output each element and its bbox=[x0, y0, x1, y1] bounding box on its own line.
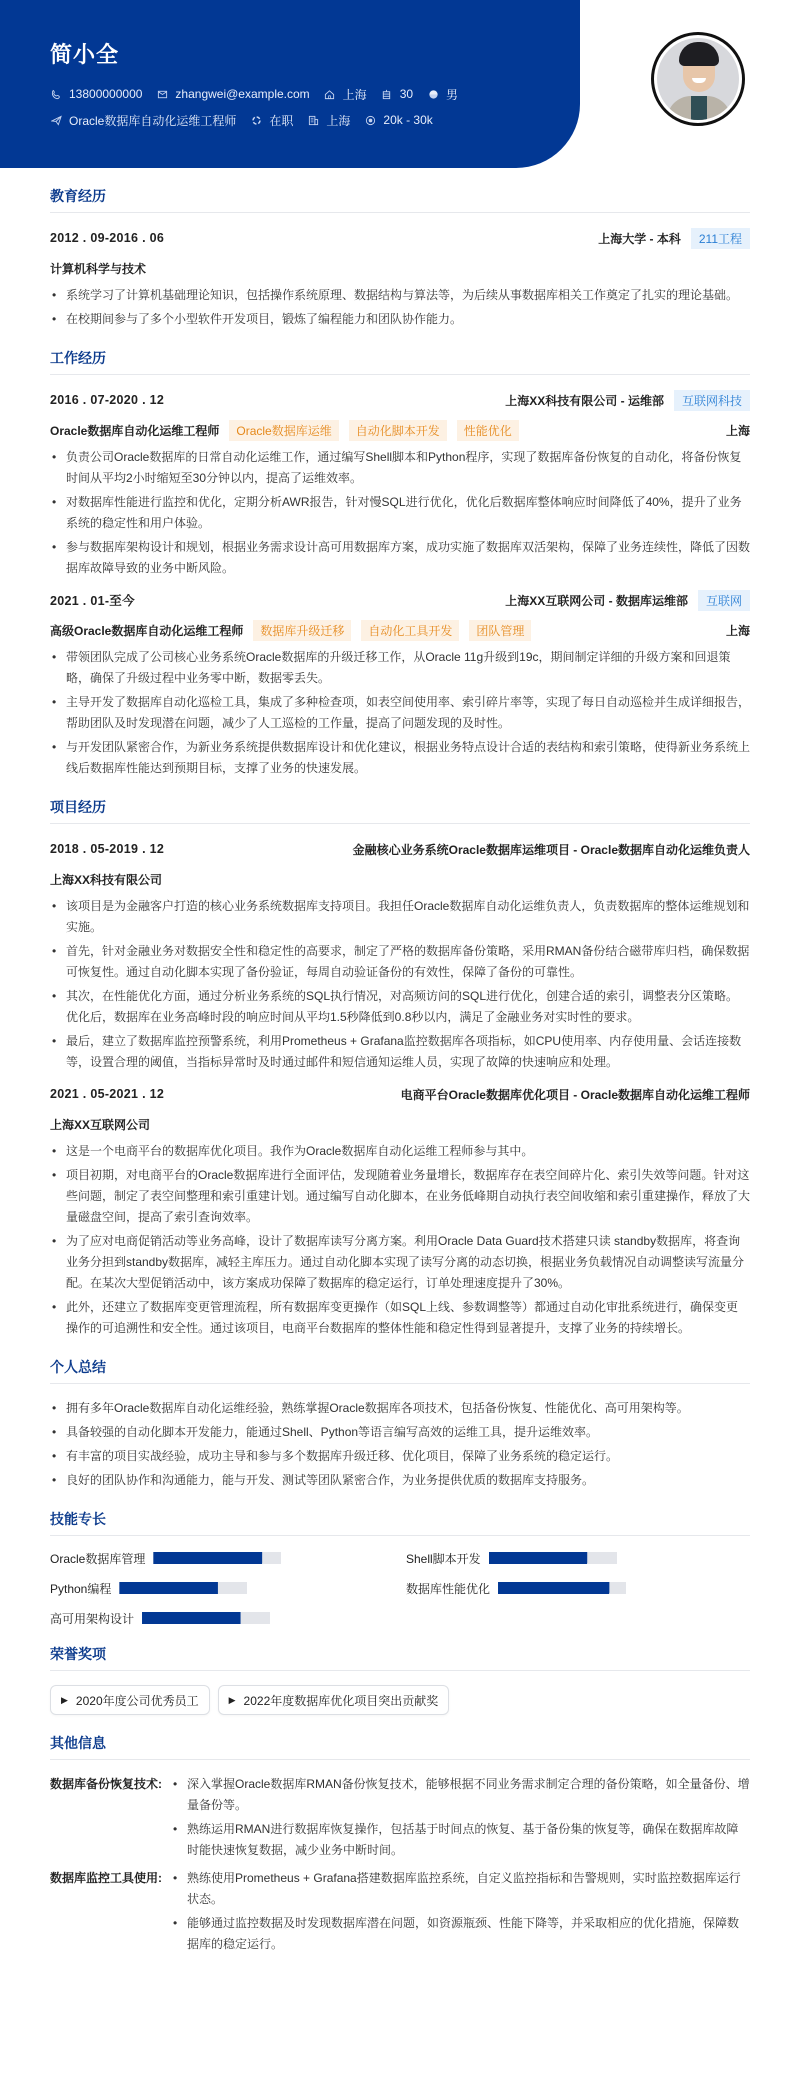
list-item: 系统学习了计算机基础理论知识，包括操作系统原理、数据结构与算法等，为后续从事数据… bbox=[50, 285, 750, 306]
avatar-photo bbox=[657, 38, 739, 120]
list-item: 其次，在性能优化方面，通过分析业务系统的SQL执行情况，对高频访问的SQL进行优… bbox=[50, 986, 750, 1028]
skill-tag: 数据库升级迁移 bbox=[253, 620, 351, 641]
list-item: 此外，还建立了数据库变更管理流程，所有数据库变更操作（如SQL上线、参数调整等）… bbox=[50, 1297, 750, 1339]
work-bullets: 带领团队完成了公司核心业务系统Oracle数据库的升级迁移工作，从Oracle … bbox=[50, 647, 750, 779]
work-date: 2021 . 01-至今 bbox=[50, 591, 135, 609]
gender: 男 bbox=[446, 86, 458, 103]
other-info-row: 数据库备份恢复技术: 深入掌握Oracle数据库RMAN备份恢复技术，能够根据不… bbox=[50, 1774, 750, 1864]
skill-bar-fill bbox=[498, 1582, 609, 1594]
other-info-list: 熟练使用Prometheus + Grafana搭建数据库监控系统，自定义监控指… bbox=[171, 1868, 750, 1958]
skill-item: 数据库性能优化 bbox=[406, 1580, 750, 1596]
work-date: 2016 . 07-2020 . 12 bbox=[50, 393, 164, 407]
list-item: 有丰富的项目实战经验，成功主导和参与多个数据库升级迁移、优化项目，保障了业务系统… bbox=[50, 1446, 750, 1467]
mail-icon bbox=[156, 88, 168, 100]
building-icon bbox=[307, 114, 319, 126]
project-bullets: 该项目是为金融客户打造的核心业务系统数据库支持项目。我担任Oracle数据库自动… bbox=[50, 896, 750, 1073]
skill-name: 高可用架构设计 bbox=[50, 1610, 134, 1627]
city: 上海 bbox=[343, 86, 367, 103]
list-item: 与开发团队紧密合作，为新业务系统提供数据库设计和优化建议，根据业务特点设计合适的… bbox=[50, 737, 750, 779]
contact-row: 13800000000 zhangwei@example.com 上海 30 男 bbox=[50, 87, 472, 101]
phone-number: 13800000000 bbox=[69, 87, 142, 101]
list-item: 在校期间参与了多个小型软件开发项目，锻炼了编程能力和团队协作能力。 bbox=[50, 309, 750, 330]
skill-name: Oracle数据库管理 bbox=[50, 1550, 145, 1567]
skill-bar bbox=[119, 1582, 247, 1594]
skill-bar-fill bbox=[489, 1552, 588, 1564]
work-location: 上海 bbox=[726, 622, 750, 639]
list-item: 拥有多年Oracle数据库自动化运维经验，熟练掌握Oracle数据库各项技术，包… bbox=[50, 1398, 750, 1419]
list-item: 能够通过监控数据及时发现数据库潜在问题，如资源瓶颈、性能下降等，并采取相应的优化… bbox=[171, 1913, 750, 1955]
salary-item: 20k - 30k bbox=[364, 113, 432, 127]
skill-tag: Oracle数据库运维 bbox=[229, 420, 338, 441]
skill-name: Python编程 bbox=[50, 1580, 111, 1597]
other-info-label: 数据库监控工具使用: bbox=[50, 1868, 171, 1958]
education-section: 教育经历 2012 . 09-2016 . 06 上海大学 - 本科 211工程… bbox=[50, 186, 750, 330]
industry-badge: 互联网 bbox=[698, 590, 750, 611]
paper-plane-icon bbox=[50, 114, 62, 126]
resume-header: 简小全 13800000000 zhangwei@example.com 上海 … bbox=[0, 0, 794, 168]
list-item: 良好的团队协作和沟通能力，能与开发、测试等团队紧密合作，为业务提供优质的数据库支… bbox=[50, 1470, 750, 1491]
project-entry: 2018 . 05-2019 . 12 金融核心业务系统Oracle数据库运维项… bbox=[50, 838, 750, 1073]
list-item: 最后，建立了数据库监控预警系统，利用Prometheus + Grafana监控… bbox=[50, 1031, 750, 1073]
honors-list: ▶ 2020年度公司优秀员工 ▶ 2022年度数据库优化项目突出贡献奖 bbox=[50, 1685, 750, 1715]
list-item: 参与数据库架构设计和规划，根据业务需求设计高可用数据库方案，成功实施了数据库双活… bbox=[50, 537, 750, 579]
status-item: 在职 bbox=[250, 112, 293, 129]
skill-item: Oracle数据库管理 bbox=[50, 1550, 406, 1566]
triangle-right-icon: ▶ bbox=[61, 1695, 68, 1706]
list-item: 深入掌握Oracle数据库RMAN备份恢复技术，能够根据不同业务需求制定合理的备… bbox=[171, 1774, 750, 1816]
honor-label: 2022年度数据库优化项目突出贡献奖 bbox=[244, 1692, 439, 1709]
list-item: 熟练运用RMAN进行数据库恢复操作，包括基于时间点的恢复、基于备份集的恢复等，确… bbox=[171, 1819, 750, 1861]
work-location: 上海 bbox=[726, 422, 750, 439]
gender-item: 男 bbox=[427, 86, 458, 103]
job-title: Oracle数据库自动化运维工程师 bbox=[50, 422, 219, 439]
status-icon bbox=[250, 114, 262, 126]
employment-status: 在职 bbox=[269, 112, 293, 129]
job-intent-row: Oracle数据库自动化运维工程师 在职 上海 20k - 30k bbox=[50, 113, 472, 127]
age-item: 30 bbox=[381, 87, 413, 101]
project-company: 上海XX科技有限公司 bbox=[50, 871, 162, 888]
home-icon bbox=[324, 88, 336, 100]
skill-bar-fill bbox=[119, 1582, 218, 1594]
honor-item: ▶ 2022年度数据库优化项目突出贡献奖 bbox=[218, 1685, 450, 1715]
section-title-work: 工作经历 bbox=[50, 348, 750, 375]
calendar-icon bbox=[381, 88, 393, 100]
section-title-summary: 个人总结 bbox=[50, 1357, 750, 1384]
other-section: 其他信息 数据库备份恢复技术: 深入掌握Oracle数据库RMAN备份恢复技术，… bbox=[50, 1733, 750, 1958]
list-item: 主导开发了数据库自动化巡检工具，集成了多种检查项，如表空间使用率、索引碎片率等，… bbox=[50, 692, 750, 734]
skill-name: 数据库性能优化 bbox=[406, 1580, 490, 1597]
city-item: 上海 bbox=[324, 86, 367, 103]
skills-section: 技能专长 Oracle数据库管理 Shell脚本开发 Python编程 数据库性… bbox=[50, 1509, 750, 1626]
email-address: zhangwei@example.com bbox=[175, 87, 309, 101]
section-title-honors: 荣誉奖项 bbox=[50, 1644, 750, 1671]
gender-icon bbox=[427, 88, 439, 100]
other-info-row: 数据库监控工具使用: 熟练使用Prometheus + Grafana搭建数据库… bbox=[50, 1868, 750, 1958]
project-company: 上海XX互联网公司 bbox=[50, 1116, 150, 1133]
list-item: 具备较强的自动化脚本开发能力，能通过Shell、Python等语言编写高效的运维… bbox=[50, 1422, 750, 1443]
school-badge: 211工程 bbox=[691, 228, 750, 249]
list-item: 负责公司Oracle数据库的日常自动化运维工作，通过编写Shell脚本和Pyth… bbox=[50, 447, 750, 489]
education-bullets: 系统学习了计算机基础理论知识，包括操作系统原理、数据结构与算法等，为后续从事数据… bbox=[50, 285, 750, 330]
skill-bar bbox=[498, 1582, 626, 1594]
skill-tag: 自动化脚本开发 bbox=[349, 420, 447, 441]
skill-tag: 自动化工具开发 bbox=[361, 620, 459, 641]
candidate-name: 简小全 bbox=[50, 38, 472, 69]
project-date: 2018 . 05-2019 . 12 bbox=[50, 842, 164, 856]
skill-bar bbox=[489, 1552, 617, 1564]
company-name: 上海XX科技有限公司 - 运维部 bbox=[505, 392, 664, 409]
target-position-item: Oracle数据库自动化运维工程师 bbox=[50, 112, 236, 129]
honors-section: 荣誉奖项 ▶ 2020年度公司优秀员工 ▶ 2022年度数据库优化项目突出贡献奖 bbox=[50, 1644, 750, 1715]
section-title-skills: 技能专长 bbox=[50, 1509, 750, 1536]
age: 30 bbox=[400, 87, 413, 101]
triangle-right-icon: ▶ bbox=[229, 1695, 236, 1706]
work-bullets: 负责公司Oracle数据库的日常自动化运维工作，通过编写Shell脚本和Pyth… bbox=[50, 447, 750, 579]
salary-icon bbox=[364, 114, 376, 126]
list-item: 熟练使用Prometheus + Grafana搭建数据库监控系统，自定义监控指… bbox=[171, 1868, 750, 1910]
company-name: 上海XX互联网公司 - 数据库运维部 bbox=[505, 592, 688, 609]
project-date: 2021 . 05-2021 . 12 bbox=[50, 1087, 164, 1101]
section-title-projects: 项目经历 bbox=[50, 797, 750, 824]
email-item: zhangwei@example.com bbox=[156, 87, 309, 101]
work-section: 工作经历 2016 . 07-2020 . 12 上海XX科技有限公司 - 运维… bbox=[50, 348, 750, 779]
section-title-education: 教育经历 bbox=[50, 186, 750, 213]
education-date: 2012 . 09-2016 . 06 bbox=[50, 231, 164, 245]
list-item: 对数据库性能进行监控和优化，定期分析AWR报告，针对慢SQL进行优化，优化后数据… bbox=[50, 492, 750, 534]
resume-content: 教育经历 2012 . 09-2016 . 06 上海大学 - 本科 211工程… bbox=[0, 186, 794, 1982]
target-city-item: 上海 bbox=[307, 112, 350, 129]
honor-item: ▶ 2020年度公司优秀员工 bbox=[50, 1685, 210, 1715]
list-item: 首先，针对金融业务对数据安全性和稳定性的高要求，制定了严格的数据库备份策略，采用… bbox=[50, 941, 750, 983]
school-name: 上海大学 - 本科 bbox=[598, 230, 681, 247]
work-entry: 2016 . 07-2020 . 12 上海XX科技有限公司 - 运维部 互联网… bbox=[50, 389, 750, 579]
skill-item: Python编程 bbox=[50, 1580, 406, 1596]
skill-bar bbox=[142, 1612, 270, 1624]
job-title: 高级Oracle数据库自动化运维工程师 bbox=[50, 622, 243, 639]
target-position: Oracle数据库自动化运维工程师 bbox=[69, 112, 236, 129]
skill-name: Shell脚本开发 bbox=[406, 1550, 481, 1567]
list-item: 为了应对电商促销活动等业务高峰，设计了数据库读写分离方案。利用Oracle Da… bbox=[50, 1231, 750, 1294]
education-entry: 2012 . 09-2016 . 06 上海大学 - 本科 211工程 计算机科… bbox=[50, 227, 750, 330]
project-name-role: 金融核心业务系统Oracle数据库运维项目 - Oracle数据库自动化运维负责… bbox=[353, 841, 750, 858]
projects-section: 项目经历 2018 . 05-2019 . 12 金融核心业务系统Oracle数… bbox=[50, 797, 750, 1339]
skill-item: 高可用架构设计 bbox=[50, 1610, 406, 1626]
list-item: 该项目是为金融客户打造的核心业务系统数据库支持项目。我担任Oracle数据库自动… bbox=[50, 896, 750, 938]
honor-label: 2020年度公司优秀员工 bbox=[76, 1692, 199, 1709]
salary-range: 20k - 30k bbox=[383, 113, 432, 127]
major: 计算机科学与技术 bbox=[50, 260, 146, 277]
project-bullets: 这是一个电商平台的数据库优化项目。我作为Oracle数据库自动化运维工程师参与其… bbox=[50, 1141, 750, 1339]
list-item: 这是一个电商平台的数据库优化项目。我作为Oracle数据库自动化运维工程师参与其… bbox=[50, 1141, 750, 1162]
list-item: 项目初期，对电商平台的Oracle数据库进行全面评估，发现随着业务量增长，数据库… bbox=[50, 1165, 750, 1228]
skill-bar-fill bbox=[153, 1552, 262, 1564]
skill-bar-fill bbox=[142, 1612, 241, 1624]
summary-section: 个人总结 拥有多年Oracle数据库自动化运维经验，熟练掌握Oracle数据库各… bbox=[50, 1357, 750, 1491]
other-info-label: 数据库备份恢复技术: bbox=[50, 1774, 171, 1864]
skill-tag: 团队管理 bbox=[469, 620, 531, 641]
phone-icon bbox=[50, 88, 62, 100]
summary-bullets: 拥有多年Oracle数据库自动化运维经验，熟练掌握Oracle数据库各项技术，包… bbox=[50, 1398, 750, 1491]
skill-item: Shell脚本开发 bbox=[406, 1550, 750, 1566]
target-city: 上海 bbox=[326, 112, 350, 129]
work-entry: 2021 . 01-至今 上海XX互联网公司 - 数据库运维部 互联网 高级Or… bbox=[50, 589, 750, 779]
section-title-other: 其他信息 bbox=[50, 1733, 750, 1760]
project-name-role: 电商平台Oracle数据库优化项目 - Oracle数据库自动化运维工程师 bbox=[401, 1086, 750, 1103]
skill-tag: 性能优化 bbox=[457, 420, 519, 441]
avatar bbox=[651, 32, 745, 126]
list-item: 带领团队完成了公司核心业务系统Oracle数据库的升级迁移工作，从Oracle … bbox=[50, 647, 750, 689]
skill-bar bbox=[153, 1552, 281, 1564]
other-info-list: 深入掌握Oracle数据库RMAN备份恢复技术，能够根据不同业务需求制定合理的备… bbox=[171, 1774, 750, 1864]
phone-item: 13800000000 bbox=[50, 87, 142, 101]
industry-badge: 互联网科技 bbox=[674, 390, 750, 411]
skills-grid: Oracle数据库管理 Shell脚本开发 Python编程 数据库性能优化 高… bbox=[50, 1550, 750, 1626]
project-entry: 2021 . 05-2021 . 12 电商平台Oracle数据库优化项目 - … bbox=[50, 1083, 750, 1339]
